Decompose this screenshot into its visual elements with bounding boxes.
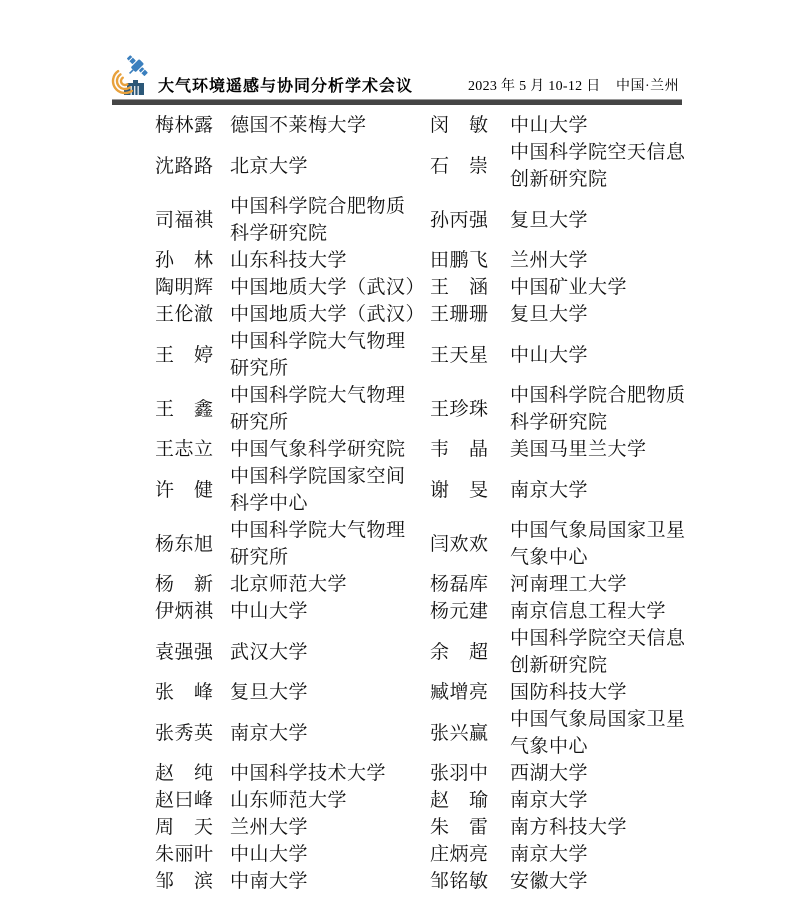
attendee-name: 谢 旻 [430, 463, 510, 517]
attendee-row: 赵曰峰山东师范大学赵 瑜南京大学 [155, 787, 700, 814]
document-page: 大气环境遥感与协同分析学术会议 2023 年 5 月 10-12 日 中国·兰州… [0, 0, 794, 911]
attendee-name: 孙 林 [155, 247, 230, 274]
attendee-affiliation: 国防科技大学 [510, 679, 700, 706]
attendee-affiliation: 南京大学 [510, 787, 700, 814]
attendee-row: 王 鑫中国科学院大气物理 研究所王珍珠中国科学院合肥物质 科学研究院 [155, 382, 700, 436]
attendee-name: 张秀英 [155, 706, 230, 760]
attendee-name: 王伦澈 [155, 301, 230, 328]
attendee-affiliation: 中国科学院空天信息 创新研究院 [510, 625, 700, 679]
attendee-affiliation: 山东师范大学 [230, 787, 430, 814]
attendee-name: 王 鑫 [155, 382, 230, 436]
attendee-affiliation: 河南理工大学 [510, 571, 700, 598]
attendee-affiliation: 中国科学技术大学 [230, 760, 430, 787]
attendee-name: 赵 纯 [155, 760, 230, 787]
attendee-affiliation: 中国气象局国家卫星 气象中心 [510, 706, 700, 760]
attendee-affiliation: 中国科学院大气物理 研究所 [230, 328, 430, 382]
attendee-name: 赵 瑜 [430, 787, 510, 814]
attendee-name: 袁强强 [155, 625, 230, 679]
attendee-affiliation: 中国科学院空天信息 创新研究院 [510, 139, 700, 193]
attendee-name: 杨 新 [155, 571, 230, 598]
attendee-affiliation: 美国马里兰大学 [510, 436, 700, 463]
attendee-affiliation: 德国不莱梅大学 [230, 112, 430, 139]
attendee-name: 杨磊库 [430, 571, 510, 598]
attendee-name: 许 健 [155, 463, 230, 517]
attendee-affiliation: 西湖大学 [510, 760, 700, 787]
attendee-affiliation: 南京信息工程大学 [510, 598, 700, 625]
attendee-row: 司福祺中国科学院合肥物质 科学研究院孙丙强复旦大学 [155, 193, 700, 247]
attendee-name: 王志立 [155, 436, 230, 463]
attendee-affiliation: 北京大学 [230, 139, 430, 193]
attendee-name: 赵曰峰 [155, 787, 230, 814]
attendee-row: 许 健中国科学院国家空间 科学中心谢 旻南京大学 [155, 463, 700, 517]
attendee-affiliation: 中国地质大学（武汉） [230, 274, 430, 301]
attendee-name: 朱 雷 [430, 814, 510, 841]
attendee-name: 司福祺 [155, 193, 230, 247]
attendee-table-body: 梅林露德国不莱梅大学闵 敏中山大学沈路路北京大学石 崇中国科学院空天信息 创新研… [155, 112, 700, 895]
attendee-row: 王志立中国气象科学研究院韦 晶美国马里兰大学 [155, 436, 700, 463]
attendee-name: 庄炳亮 [430, 841, 510, 868]
attendee-name: 余 超 [430, 625, 510, 679]
attendee-affiliation: 中山大学 [230, 841, 430, 868]
attendee-row: 杨东旭中国科学院大气物理 研究所闫欢欢中国气象局国家卫星 气象中心 [155, 517, 700, 571]
attendee-name: 石 崇 [430, 139, 510, 193]
attendee-name: 王珍珠 [430, 382, 510, 436]
attendee-table: 梅林露德国不莱梅大学闵 敏中山大学沈路路北京大学石 崇中国科学院空天信息 创新研… [155, 112, 700, 895]
attendee-affiliation: 中国地质大学（武汉） [230, 301, 430, 328]
attendee-affiliation: 兰州大学 [230, 814, 430, 841]
attendee-affiliation: 中山大学 [510, 328, 700, 382]
conference-logo [110, 53, 154, 99]
attendee-affiliation: 安徽大学 [510, 868, 700, 895]
attendee-affiliation: 北京师范大学 [230, 571, 430, 598]
attendee-affiliation: 中国科学院国家空间 科学中心 [230, 463, 430, 517]
attendee-affiliation: 中国气象科学研究院 [230, 436, 430, 463]
attendee-row: 王 婷中国科学院大气物理 研究所王天星中山大学 [155, 328, 700, 382]
attendee-affiliation: 兰州大学 [510, 247, 700, 274]
attendee-affiliation: 中国气象局国家卫星 气象中心 [510, 517, 700, 571]
attendee-affiliation: 南方科技大学 [510, 814, 700, 841]
conference-location: 中国·兰州 [616, 75, 679, 95]
attendee-row: 伊炳祺中山大学杨元建南京信息工程大学 [155, 598, 700, 625]
attendee-name: 王天星 [430, 328, 510, 382]
attendee-name: 王珊珊 [430, 301, 510, 328]
attendee-name: 邹铭敏 [430, 868, 510, 895]
attendee-name: 韦 晶 [430, 436, 510, 463]
attendee-name: 邹 滨 [155, 868, 230, 895]
attendee-row: 袁强强武汉大学余 超中国科学院空天信息 创新研究院 [155, 625, 700, 679]
attendee-name: 伊炳祺 [155, 598, 230, 625]
attendee-affiliation: 南京大学 [230, 706, 430, 760]
attendee-affiliation: 中山大学 [230, 598, 430, 625]
attendee-row: 王伦澈中国地质大学（武汉）王珊珊复旦大学 [155, 301, 700, 328]
attendee-row: 沈路路北京大学石 崇中国科学院空天信息 创新研究院 [155, 139, 700, 193]
attendee-name: 梅林露 [155, 112, 230, 139]
attendee-affiliation: 南京大学 [510, 841, 700, 868]
attendee-affiliation: 中南大学 [230, 868, 430, 895]
attendee-row: 陶明辉中国地质大学（武汉）王 涵中国矿业大学 [155, 274, 700, 301]
attendee-name: 闫欢欢 [430, 517, 510, 571]
attendee-row: 孙 林山东科技大学田鹏飞兰州大学 [155, 247, 700, 274]
attendee-row: 张 峰复旦大学臧增亮国防科技大学 [155, 679, 700, 706]
attendee-name: 闵 敏 [430, 112, 510, 139]
attendee-affiliation: 山东科技大学 [230, 247, 430, 274]
attendee-affiliation: 中国矿业大学 [510, 274, 700, 301]
attendee-row: 周 天兰州大学朱 雷南方科技大学 [155, 814, 700, 841]
attendee-affiliation: 中国科学院合肥物质 科学研究院 [230, 193, 430, 247]
attendee-affiliation: 复旦大学 [510, 301, 700, 328]
attendee-name: 王 婷 [155, 328, 230, 382]
attendee-affiliation: 中国科学院大气物理 研究所 [230, 382, 430, 436]
attendee-affiliation: 南京大学 [510, 463, 700, 517]
attendee-affiliation: 中国科学院大气物理 研究所 [230, 517, 430, 571]
attendee-row: 赵 纯中国科学技术大学张羽中西湖大学 [155, 760, 700, 787]
attendee-row: 朱丽叶中山大学庄炳亮南京大学 [155, 841, 700, 868]
attendee-name: 田鹏飞 [430, 247, 510, 274]
attendee-row: 张秀英南京大学张兴赢中国气象局国家卫星 气象中心 [155, 706, 700, 760]
attendee-affiliation: 复旦大学 [510, 193, 700, 247]
attendee-row: 邹 滨中南大学邹铭敏安徽大学 [155, 868, 700, 895]
attendee-name: 张兴赢 [430, 706, 510, 760]
attendee-name: 王 涵 [430, 274, 510, 301]
attendee-name: 张羽中 [430, 760, 510, 787]
attendee-name: 朱丽叶 [155, 841, 230, 868]
conference-date: 2023 年 5 月 10-12 日 [468, 75, 601, 95]
attendee-row: 杨 新北京师范大学杨磊库河南理工大学 [155, 571, 700, 598]
attendee-affiliation: 复旦大学 [230, 679, 430, 706]
attendee-name: 杨东旭 [155, 517, 230, 571]
attendee-name: 臧增亮 [430, 679, 510, 706]
satellite-logo-icon [110, 53, 154, 99]
attendee-name: 沈路路 [155, 139, 230, 193]
attendee-affiliation: 中国科学院合肥物质 科学研究院 [510, 382, 700, 436]
logo-satellite [121, 53, 151, 82]
attendee-name: 杨元建 [430, 598, 510, 625]
attendee-affiliation: 武汉大学 [230, 625, 430, 679]
attendee-name: 周 天 [155, 814, 230, 841]
attendee-row: 梅林露德国不莱梅大学闵 敏中山大学 [155, 112, 700, 139]
header-divider [112, 99, 682, 105]
attendee-name: 孙丙强 [430, 193, 510, 247]
attendee-name: 陶明辉 [155, 274, 230, 301]
page-title: 大气环境遥感与协同分析学术会议 [158, 73, 413, 96]
attendee-name: 张 峰 [155, 679, 230, 706]
attendee-affiliation: 中山大学 [510, 112, 700, 139]
